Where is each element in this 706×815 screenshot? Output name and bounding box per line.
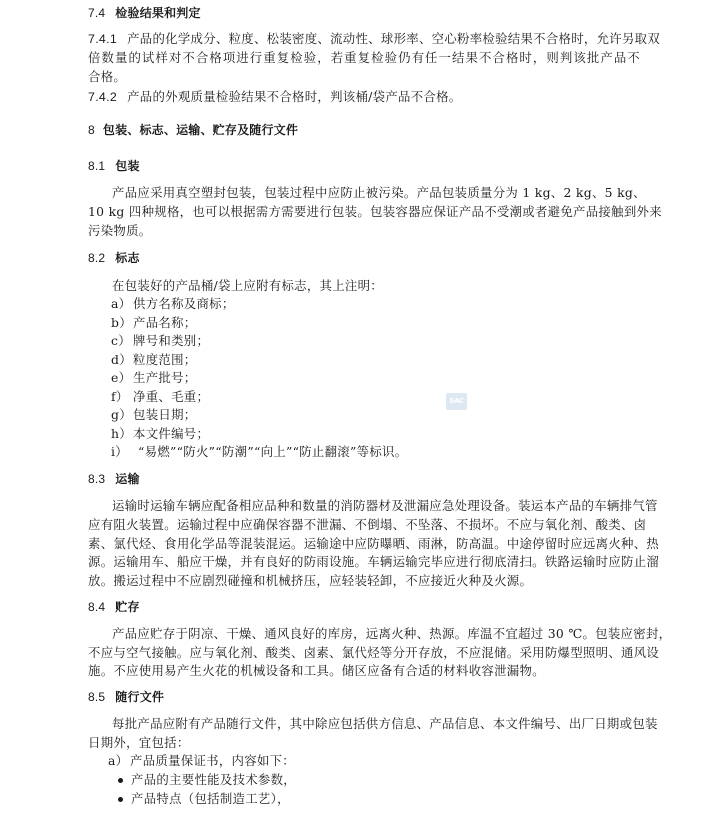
para-8-4-line-3: 施。不应使用易产生火花的机械设备和工具。储区应备有合适的材料收容泄漏物。 <box>88 663 545 679</box>
para-8-4-line-1: 产品应贮存于阴凉、干燥、通风良好的库房，远离火种、热源。库温不宜超过 30 ℃。… <box>112 626 640 642</box>
clause-text: 产品的化学成分、粒度、松装密度、流动性、球形率、空心粉率检验结果不合格时，允许另… <box>127 31 660 46</box>
list-item: g）包装日期； <box>111 407 196 423</box>
para-8-5-line-1: 每批产品应附有产品随行文件，其中除应包括供方信息、产品信息、本文件编号、出厂日期… <box>112 716 640 732</box>
para-8-1-line-3: 污染物质。 <box>88 223 151 239</box>
list-label: a） <box>111 296 133 312</box>
document-page: 7.4检验结果和判定 7.4.1产品的化学成分、粒度、松装密度、流动性、球形率、… <box>0 0 706 815</box>
list-text: 产品名称； <box>133 315 196 330</box>
section-title: 运输 <box>115 472 139 486</box>
bullet-item: 产品的主要性能及技术参数， <box>131 772 296 788</box>
para-8-3-line-1: 运输时运输车辆应配备相应品种和数量的消防器材及泄漏应急处理设备。装运本产品的车辆… <box>112 498 640 514</box>
section-title: 包装 <box>115 159 139 173</box>
section-number: 8 <box>88 122 95 138</box>
list-item: e）生产批号； <box>111 370 196 386</box>
section-title: 检验结果和判定 <box>115 6 200 20</box>
heading-8-5: 8.5随行文件 <box>88 689 164 705</box>
section-number: 8.2 <box>88 250 105 266</box>
list-label: c） <box>111 333 133 349</box>
list-label: a） <box>108 753 130 769</box>
heading-8-4: 8.4贮存 <box>88 599 140 615</box>
section-number: 8.1 <box>88 158 105 174</box>
list-text: 供方名称及商标； <box>133 296 235 311</box>
heading-8-2: 8.2标志 <box>88 250 140 266</box>
clause-7-4-2: 7.4.2产品的外观质量检验结果不合格时，判该桶/袋产品不合格。 <box>88 89 462 105</box>
heading-8-1: 8.1包装 <box>88 158 140 174</box>
list-text: 本文件编号； <box>133 426 209 441</box>
section-title: 随行文件 <box>115 690 164 704</box>
para-8-2-intro: 在包装好的产品桶/袋上应附有标志，其上注明： <box>112 278 383 294</box>
bullet-icon <box>118 778 123 783</box>
section-title: 标志 <box>115 251 139 265</box>
list-text: “易燃”“防火”“防潮”“向上”“防止翻滚”等标识。 <box>138 444 407 459</box>
list-item: c）牌号和类别； <box>111 333 209 349</box>
para-8-1-line-2: 10 kg 四种规格，也可以根据需方需要进行包装。包装容器应保证产品不受潮或者避… <box>88 204 640 220</box>
section-title: 贮存 <box>115 600 139 614</box>
list-text: 产品质量保证书，内容如下： <box>130 753 295 768</box>
section-number: 8.5 <box>88 689 105 705</box>
section-number: 8.4 <box>88 599 105 615</box>
sac-watermark-logo: SAC <box>446 393 467 410</box>
para-8-4-line-2: 不应与空气接触。应与氧化剂、酸类、卤素、氯代烃等分开存放，不应混储。采用防爆型照… <box>88 645 640 661</box>
list-item: h）本文件编号； <box>111 426 209 442</box>
para-8-3-line-5: 放。搬运过程中不应剧烈碰撞和机械挤压，应轻装轻卸，不应接近火种及火源。 <box>88 573 532 589</box>
clause-7-4-1-line-3: 合格。 <box>88 69 126 85</box>
list-label: d） <box>111 352 133 368</box>
heading-8-3: 8.3运输 <box>88 471 140 487</box>
list-label: f） <box>111 389 133 405</box>
list-item: a）产品质量保证书，内容如下： <box>108 753 295 769</box>
list-item: f）净重、毛重； <box>111 389 209 405</box>
heading-7-4: 7.4检验结果和判定 <box>88 5 201 21</box>
bullet-item: 产品特点（包括制造工艺）， <box>131 791 290 807</box>
list-item: i）“易燃”“防火”“防潮”“向上”“防止翻滚”等标识。 <box>111 444 407 460</box>
list-text: 牌号和类别； <box>133 333 209 348</box>
list-label: i） <box>111 444 138 460</box>
list-label: g） <box>111 407 133 423</box>
clause-7-4-1-line-2: 倍数量的试样对不合格项进行重复检验，若重复检验仍有任一结果不合格时，则判该批产品… <box>88 50 640 66</box>
para-8-3-line-4: 源。运输用车、船应干燥，并有良好的防雨设施。车辆运输完毕应进行彻底清扫。铁路运输… <box>88 554 640 570</box>
section-title: 包装、标志、运输、贮存及随行文件 <box>103 123 298 137</box>
section-number: 8.3 <box>88 471 105 487</box>
clause-7-4-1-line-1: 7.4.1产品的化学成分、粒度、松装密度、流动性、球形率、空心粉率检验结果不合格… <box>88 31 640 47</box>
list-item: b）产品名称； <box>111 315 196 331</box>
list-label: e） <box>111 370 133 386</box>
list-text: 生产批号； <box>133 370 196 385</box>
section-number: 7.4 <box>88 5 105 21</box>
list-text: 包装日期； <box>133 407 196 422</box>
para-8-3-line-2: 应有阻火装置。运输过程中应确保容器不泄漏、不倒塌、不坠落、不损坏。不应与氧化剂、… <box>88 517 640 533</box>
clause-number: 7.4.2 <box>88 89 117 105</box>
list-item: d）粒度范围； <box>111 352 196 368</box>
para-8-1-line-1: 产品应采用真空塑封包装，包装过程中应防止被污染。产品包装质量分为 1 kg、2 … <box>112 185 640 201</box>
list-label: b） <box>111 315 133 331</box>
clause-number: 7.4.1 <box>88 31 117 47</box>
list-item: a）供方名称及商标； <box>111 296 235 312</box>
bullet-text: 产品特点（包括制造工艺）， <box>131 791 290 806</box>
list-text: 净重、毛重； <box>133 389 209 404</box>
clause-text: 产品的外观质量检验结果不合格时，判该桶/袋产品不合格。 <box>127 89 461 104</box>
para-8-5-line-2: 日期外，宜包括： <box>88 735 190 751</box>
bullet-icon <box>118 797 123 802</box>
bullet-text: 产品的主要性能及技术参数， <box>131 772 296 787</box>
para-8-3-line-3: 素、氯代烃、食用化学品等混装混运。运输途中应防曝晒、雨淋，防高温。中途停留时应远… <box>88 536 640 552</box>
list-label: h） <box>111 426 133 442</box>
heading-8: 8包装、标志、运输、贮存及随行文件 <box>88 122 298 138</box>
list-text: 粒度范围； <box>133 352 196 367</box>
